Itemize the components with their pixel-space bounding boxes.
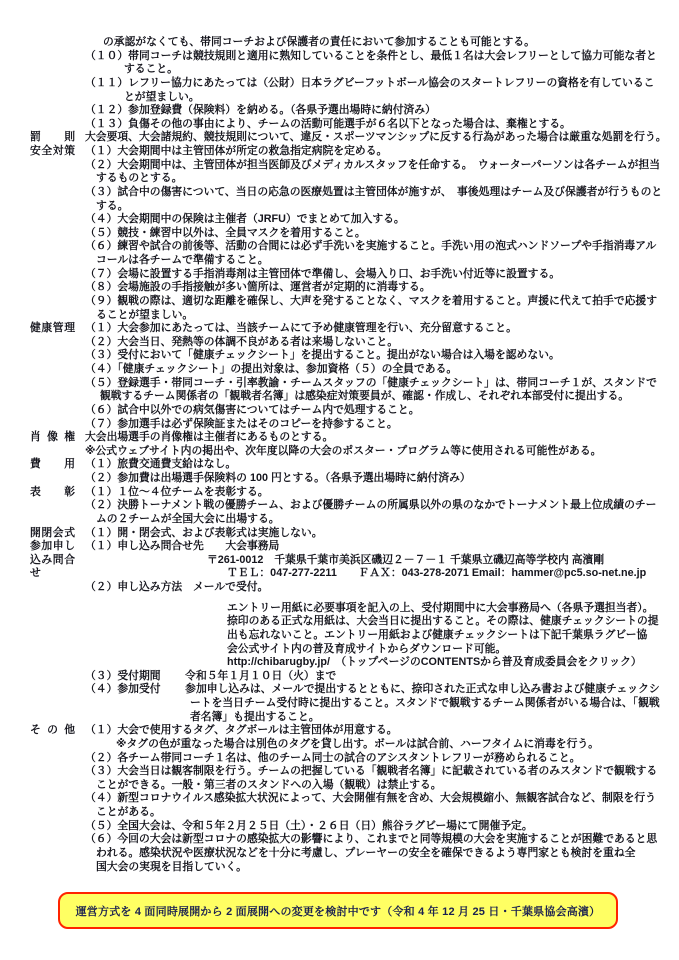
- line-text: ※公式ウェブサイト内の掲出や、次年度以降の大会のポスター・プログラム等に使用され…: [85, 445, 601, 459]
- line-text: するものとする。: [96, 172, 182, 186]
- line-text: 会公式サイト内の普及育成サイトからダウンロード可能。: [227, 643, 506, 657]
- doc-line: （７）会場に設置する手指消毒剤は主管団体で準備し、会場入り口、お手洗い付近等に設…: [0, 268, 679, 282]
- doc-line: （５）登録選手・帯同コーチ・引率教諭・チームスタッフの「健康チェックシート」は、…: [0, 377, 679, 391]
- line-text: （６）練習や試合の前後等、活動の合間には必ず手洗いを実施すること。手洗い用の泡式…: [85, 240, 656, 254]
- line-text: （２）参加費は出場選手保険料の 100 円とする。（各県予選出場時に納付済み）: [85, 472, 471, 486]
- doc-line: ※公式ウェブサイト内の掲出や、次年度以降の大会のポスター・プログラム等に使用され…: [0, 445, 679, 459]
- doc-line: （４）参加受付 参加申し込みは、メールで提出するとともに、捺印された正式な申し込…: [0, 683, 679, 697]
- doc-line: （３）試合中の傷害について、当日の応急の医療処置は主管団体が施すが、 事後処理は…: [0, 186, 679, 200]
- line-text: （３）試合中の傷害について、当日の応急の医療処置は主管団体が施すが、 事後処理は…: [85, 186, 662, 200]
- doc-line: ムの２チームが全国大会に出場する。: [0, 513, 679, 527]
- section-label: 表彰: [30, 486, 75, 500]
- line-text: （７）会場に設置する手指消毒剤は主管団体で準備し、会場入り口、お手洗い付近等に設…: [85, 268, 560, 282]
- section-label: 罰則: [30, 131, 75, 145]
- line-text: 者名簿」も提出すること。: [190, 711, 320, 725]
- doc-line: （２）参加費は出場選手保険料の 100 円とする。（各県予選出場時に納付済み）: [0, 472, 679, 486]
- section-label: 費用: [30, 458, 75, 472]
- line-text: （４）参加受付 参加申し込みは、メールで提出するとともに、捺印された正式な申し込…: [85, 683, 660, 697]
- line-text: （２）各チーム帯同コーチ１名は、他のチーム同士の試合のアシスタントレフリーが務め…: [85, 752, 580, 766]
- line-text: （３）受付期間 令和５年１月１０日（火）まで: [85, 670, 336, 684]
- line-gap: [0, 595, 679, 602]
- doc-line: （２）申し込み方法 メールで受付。: [0, 581, 679, 595]
- line-text: （７）参加選手は必ず保険証またはそのコピーを持参すること。: [85, 418, 398, 432]
- doc-line: その他（１）大会で使用するタグ、タグボールは主管団体が用意する。: [0, 724, 679, 738]
- line-text: （６）今回の大会は新型コロナの感染拡大の影響により、これまでと同等規模の大会を実…: [85, 833, 657, 847]
- line-text: （２）決勝トーナメント戦の優勝チーム、および優勝チームの所属県以外の県のなかでト…: [85, 499, 656, 513]
- line-text: すること。: [124, 63, 178, 77]
- doc-line: 健康管理（１）大会参加にあたっては、当該チームにて予め健康管理を行い、充分留意す…: [0, 322, 679, 336]
- doc-line: 費用（１）旅費交通費支給はなし。: [0, 458, 679, 472]
- doc-line: 捺印のある正式な用紙は、大会当日に提出すること。その際は、健康チェックシートの提: [0, 615, 679, 629]
- line-text: （４）「健康チェックシート」の提出対象は、参加資格（５）の全員である。: [85, 363, 457, 377]
- doc-line: （４）「健康チェックシート」の提出対象は、参加資格（５）の全員である。: [0, 363, 679, 377]
- doc-line: （３）受付期間 令和５年１月１０日（火）まで: [0, 670, 679, 684]
- section-label: 参加申し: [30, 540, 75, 554]
- line-text: の承認がなくても、帯同コーチおよび保護者の責任において参加することも可能とする。: [103, 36, 535, 50]
- line-text: ートを当日チーム受付時に提出すること。スタンドで観戦するチーム関係者がいる場合は…: [190, 697, 660, 711]
- section-label: その他: [30, 724, 75, 738]
- line-text: （５）競技・練習中以外は、全員マスクを着用すること。: [85, 227, 366, 241]
- line-text: http://chibarugby.jp/ （トップページのCONTENTSから…: [227, 656, 642, 670]
- line-text: ことができる。一般・第三者のスタンドへの入場（観戦）は禁止する。: [96, 779, 442, 793]
- doc-line: する。: [0, 200, 679, 214]
- line-text: （８）会場施設の手指接触が多い箇所は、運営者が定期的に消毒する。: [85, 281, 431, 295]
- doc-line: （２）決勝トーナメント戦の優勝チーム、および優勝チームの所属県以外の県のなかでト…: [0, 499, 679, 513]
- doc-line: （５）競技・練習中以外は、全員マスクを着用すること。: [0, 227, 679, 241]
- doc-line: ことがある。: [0, 806, 679, 820]
- doc-line: 罰則大会要項、大会諸規約、競技規則について、違反・スポーツマンシップに反する行為…: [0, 131, 679, 145]
- doc-line: （５）全国大会は、令和５年２月２５日（土）・２６日（日）熊谷ラグビー場にて開催予…: [0, 820, 679, 834]
- doc-line: 安全対策（１）大会期間中は主管団体が所定の救急指定病院を定める。: [0, 145, 679, 159]
- line-text: （１）大会期間中は主管団体が所定の救急指定病院を定める。: [85, 145, 387, 159]
- line-text: （５）全国大会は、令和５年２月２５日（土）・２６日（日）熊谷ラグビー場にて開催予…: [85, 820, 533, 834]
- line-text: われる。感染状況や医療状況などを十分に考慮し、プレーヤーの安全を確保できるよう専…: [96, 847, 635, 861]
- doc-line: ることが望ましい。: [0, 309, 679, 323]
- doc-line: （３）受付において「健康チェックシート」を提出すること。提出がない場合は入場を認…: [0, 349, 679, 363]
- line-text: （６）試合中以外での病気傷害についてはチーム内で処理すること。: [85, 404, 419, 418]
- doc-line: せＴＥＬ：047-277-2211 ＦＡＸ：043-278-2071 Email…: [0, 567, 679, 581]
- section-label: 込み問合: [30, 554, 75, 568]
- doc-line: 国大会の実現を目指していく。: [0, 861, 679, 875]
- line-text: 出も忘れないこと。エントリー用紙および健康チェックシートは下記千葉県ラグビー協: [227, 629, 647, 643]
- line-text: 国大会の実現を目指していく。: [96, 861, 247, 875]
- doc-line: われる。感染状況や医療状況などを十分に考慮し、プレーヤーの安全を確保できるよう専…: [0, 847, 679, 861]
- section-label: 肖像権: [30, 431, 75, 445]
- line-text: （３）受付において「健康チェックシート」を提出すること。提出がない場合は入場を認…: [85, 349, 560, 363]
- doc-line: （９）観戦の際は、適切な距離を確保し、大声を発することなく、マスクを着用すること…: [0, 295, 679, 309]
- doc-line: ートを当日チーム受付時に提出すること。スタンドで観戦するチーム関係者がいる場合は…: [0, 697, 679, 711]
- line-text: （１）大会参加にあたっては、当該チームにて予め健康管理を行い、充分留意すること。: [85, 322, 517, 336]
- line-text: （１３）負傷その他の事由により、チームの活動可能選手が６名以下となった場合は、棄…: [85, 118, 571, 132]
- doc-line: （１２）参加登録費（保険料）を納める。（各県予選出場時に納付済み）: [0, 104, 679, 118]
- line-text: （１）旅費交通費支給はなし。: [85, 458, 236, 472]
- line-text: ことがある。: [96, 806, 161, 820]
- line-text: （４）新型コロナウイルス感染拡大状況によって、大会開催有無を含め、大会規模縮小、…: [85, 792, 656, 806]
- doc-line: 者名簿」も提出すること。: [0, 711, 679, 725]
- line-text: （２）申し込み方法 メールで受付。: [85, 581, 268, 595]
- doc-line: （３）大会当日は観客制限を行う。チームの把握している「観戦者名簿」に記載されてい…: [0, 765, 679, 779]
- line-text: 大会要項、大会諸規約、競技規則について、違反・スポーツマンシップに反する行為があ…: [85, 131, 667, 145]
- doc-line: 開閉会式（１）開・閉会式、および表彰式は実施しない。: [0, 527, 679, 541]
- doc-line: （４）新型コロナウイルス感染拡大状況によって、大会開催有無を含め、大会規模縮小、…: [0, 792, 679, 806]
- doc-line: （４）大会期間中の保険は主催者（JRFU）でまとめて加入する。: [0, 213, 679, 227]
- section-label: 健康管理: [30, 322, 75, 336]
- line-text: （１）申し込み問合せ先 大会事務局: [85, 540, 279, 554]
- line-text: （２）大会期間中は、主管団体が担当医師及びメディカルスタッフを任命する。 ウォー…: [85, 159, 660, 173]
- line-text: とが望ましい。: [124, 91, 200, 105]
- doc-line: （１０）帯同コーチは競技規則と適用に熟知していることを条件とし、最低１名は大会レ…: [0, 50, 679, 64]
- line-text: （１）大会で使用するタグ、タグボールは主管団体が用意する。: [85, 724, 397, 738]
- line-text: （２）大会当日、発熱等の体調不良がある者は来場しないこと。: [85, 336, 398, 350]
- line-text: （１）１位～４位チームを表彰する。: [85, 486, 269, 500]
- doc-line: するものとする。: [0, 172, 679, 186]
- doc-line: 参加申し（１）申し込み問合せ先 大会事務局: [0, 540, 679, 554]
- doc-line: （２）大会期間中は、主管団体が担当医師及びメディカルスタッフを任命する。 ウォー…: [0, 159, 679, 173]
- line-text: ＴＥＬ：047-277-2211 ＦＡＸ：043-278-2071 Email：…: [227, 567, 646, 581]
- line-text: 〒261-0012 千葉県千葉市美浜区磯辺２－７－１ 千葉県立磯辺高等学校内 高…: [207, 554, 604, 568]
- doc-line: の承認がなくても、帯同コーチおよび保護者の責任において参加することも可能とする。: [0, 36, 679, 50]
- line-text: エントリー用紙に必要事項を記入の上、受付期間中に大会事務局へ（各県予選担当者）。: [227, 602, 653, 616]
- doc-line: 表彰（１）１位～４位チームを表彰する。: [0, 486, 679, 500]
- line-text: ※タグの色が重なった場合は別色のタグを貸し出す。ボールは試合前、ハーフタイムに消…: [116, 738, 599, 752]
- line-text: ムの２チームが全国大会に出場する。: [96, 513, 280, 527]
- line-text: （９）観戦の際は、適切な距離を確保し、大声を発することなく、マスクを着用すること…: [85, 295, 657, 309]
- notice-banner: 運営方式を 4 面同時展開から 2 面展開への変更を検討中です（令和 4 年 1…: [58, 892, 618, 929]
- document-body: の承認がなくても、帯同コーチおよび保護者の責任において参加することも可能とする。…: [0, 36, 679, 874]
- line-text: コールは各チームで準備すること。: [96, 254, 269, 268]
- line-text: （５）登録選手・帯同コーチ・引率教諭・チームスタッフの「健康チェックシート」は、…: [85, 377, 657, 391]
- notice-text: 運営方式を 4 面同時展開から 2 面展開への変更を検討中です（令和 4 年 1…: [76, 903, 601, 919]
- doc-line: コールは各チームで準備すること。: [0, 254, 679, 268]
- doc-line: 込み問合〒261-0012 千葉県千葉市美浜区磯辺２－７－１ 千葉県立磯辺高等学…: [0, 554, 679, 568]
- line-text: 大会出場選手の肖像権は主催者にあるものとする。: [85, 431, 333, 445]
- doc-line: （８）会場施設の手指接触が多い箇所は、運営者が定期的に消毒する。: [0, 281, 679, 295]
- doc-line: （６）練習や試合の前後等、活動の合間には必ず手洗いを実施すること。手洗い用の泡式…: [0, 240, 679, 254]
- line-text: （１２）参加登録費（保険料）を納める。（各県予選出場時に納付済み）: [85, 104, 436, 118]
- document-page: の承認がなくても、帯同コーチおよび保護者の責任において参加することも可能とする。…: [0, 0, 679, 960]
- doc-line: すること。: [0, 63, 679, 77]
- doc-line: とが望ましい。: [0, 91, 679, 105]
- section-label: せ: [30, 567, 75, 581]
- doc-line: ※タグの色が重なった場合は別色のタグを貸し出す。ボールは試合前、ハーフタイムに消…: [0, 738, 679, 752]
- doc-line: （２）大会当日、発熱等の体調不良がある者は来場しないこと。: [0, 336, 679, 350]
- doc-line: （６）試合中以外での病気傷害についてはチーム内で処理すること。: [0, 404, 679, 418]
- doc-line: （７）参加選手は必ず保険証またはそのコピーを持参すること。: [0, 418, 679, 432]
- doc-line: 会公式サイト内の普及育成サイトからダウンロード可能。: [0, 643, 679, 657]
- doc-line: （１１）レフリー協力にあたっては（公財）日本ラグビーフットボール協会のスタートレ…: [0, 77, 679, 91]
- line-text: （１）開・閉会式、および表彰式は実施しない。: [85, 527, 323, 541]
- doc-line: （２）各チーム帯同コーチ１名は、他のチーム同士の試合のアシスタントレフリーが務め…: [0, 752, 679, 766]
- line-text: する。: [96, 200, 128, 214]
- doc-line: （６）今回の大会は新型コロナの感染拡大の影響により、これまでと同等規模の大会を実…: [0, 833, 679, 847]
- section-label: 安全対策: [30, 145, 75, 159]
- line-text: （１１）レフリー協力にあたっては（公財）日本ラグビーフットボール協会のスタートレ…: [85, 77, 654, 91]
- doc-line: http://chibarugby.jp/ （トップページのCONTENTSから…: [0, 656, 679, 670]
- doc-line: 肖像権大会出場選手の肖像権は主催者にあるものとする。: [0, 431, 679, 445]
- doc-line: 出も忘れないこと。エントリー用紙および健康チェックシートは下記千葉県ラグビー協: [0, 629, 679, 643]
- doc-line: ことができる。一般・第三者のスタンドへの入場（観戦）は禁止する。: [0, 779, 679, 793]
- line-text: （１０）帯同コーチは競技規則と適用に熟知していることを条件とし、最低１名は大会レ…: [85, 50, 657, 64]
- section-label: 開閉会式: [30, 527, 75, 541]
- line-text: ることが望ましい。: [96, 309, 193, 323]
- doc-line: エントリー用紙に必要事項を記入の上、受付期間中に大会事務局へ（各県予選担当者）。: [0, 602, 679, 616]
- doc-line: 観戦するチーム関係者の「観戦者名簿」は感染症対策要員が、確認・作成し、それぞれ本…: [0, 390, 679, 404]
- line-text: （３）大会当日は観客制限を行う。チームの把握している「観戦者名簿」に記載されてい…: [85, 765, 657, 779]
- doc-line: （１３）負傷その他の事由により、チームの活動可能選手が６名以下となった場合は、棄…: [0, 118, 679, 132]
- line-text: （４）大会期間中の保険は主催者（JRFU）でまとめて加入する。: [85, 213, 405, 227]
- line-text: 観戦するチーム関係者の「観戦者名簿」は感染症対策要員が、確認・作成し、それぞれ本…: [100, 390, 629, 404]
- line-text: 捺印のある正式な用紙は、大会当日に提出すること。その際は、健康チェックシートの提: [227, 615, 659, 629]
